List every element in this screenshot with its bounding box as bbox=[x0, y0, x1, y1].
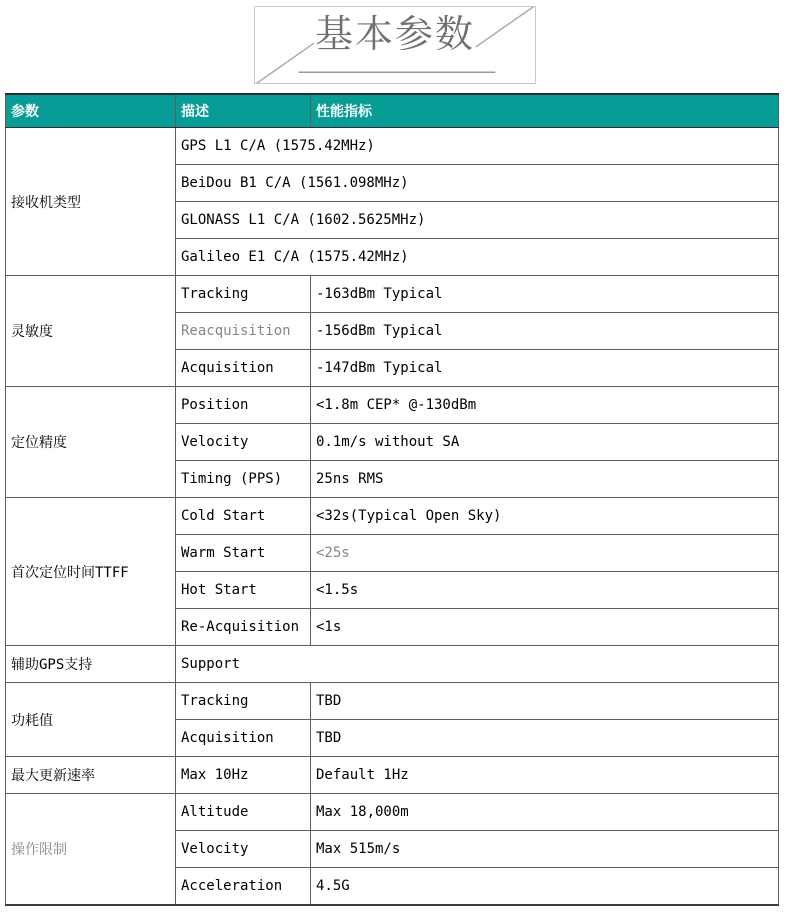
column-header-param: 参数 bbox=[6, 94, 176, 128]
desc-cell: Cold Start bbox=[176, 498, 311, 535]
param-cell-power-consumption: 功耗值 bbox=[6, 683, 176, 757]
desc-cell: Acquisition bbox=[176, 350, 311, 387]
spec-cell: 4.5G bbox=[311, 868, 779, 906]
desc-cell: Timing (PPS) bbox=[176, 461, 311, 498]
spec-cell: -147dBm Typical bbox=[311, 350, 779, 387]
param-cell-position-accuracy: 定位精度 bbox=[6, 387, 176, 498]
spec-cell: -156dBm Typical bbox=[311, 313, 779, 350]
param-cell-operational-limits: 操作限制 bbox=[6, 794, 176, 906]
param-cell-assisted-gps: 辅助GPS支持 bbox=[6, 646, 176, 683]
desc-cell: Acquisition bbox=[176, 720, 311, 757]
spec-table: 参数 描述 性能指标 接收机类型 GPS L1 C/A (1575.42MHz)… bbox=[5, 93, 779, 906]
desc-cell: Velocity bbox=[176, 424, 311, 461]
table-header-row: 参数 描述 性能指标 bbox=[6, 94, 779, 128]
spec-cell: <1.8m CEP* @-130dBm bbox=[311, 387, 779, 424]
desc-cell: Max 10Hz bbox=[176, 757, 311, 794]
spec-cell: Max 515m/s bbox=[311, 831, 779, 868]
desc-cell: GPS L1 C/A (1575.42MHz) bbox=[176, 128, 779, 165]
desc-cell: Re-Acquisition bbox=[176, 609, 311, 646]
desc-cell: Warm Start bbox=[176, 535, 311, 572]
column-header-desc: 描述 bbox=[176, 94, 311, 128]
desc-cell: Support bbox=[176, 646, 779, 683]
table-row: 最大更新速率 Max 10Hz Default 1Hz bbox=[6, 757, 779, 794]
spec-cell: TBD bbox=[311, 683, 779, 720]
param-cell-receiver-type: 接收机类型 bbox=[6, 128, 176, 276]
table-row: 辅助GPS支持 Support bbox=[6, 646, 779, 683]
spec-cell: <1.5s bbox=[311, 572, 779, 609]
column-header-spec: 性能指标 bbox=[311, 94, 779, 128]
table-row: 首次定位时间TTFF Cold Start <32s(Typical Open … bbox=[6, 498, 779, 535]
spec-cell: <25s bbox=[311, 535, 779, 572]
desc-cell: Position bbox=[176, 387, 311, 424]
param-cell-sensitivity: 灵敏度 bbox=[6, 276, 176, 387]
desc-cell: Tracking bbox=[176, 276, 311, 313]
spec-cell: TBD bbox=[311, 720, 779, 757]
spec-cell: 0.1m/s without SA bbox=[311, 424, 779, 461]
spec-cell: -163dBm Typical bbox=[311, 276, 779, 313]
table-row: 接收机类型 GPS L1 C/A (1575.42MHz) bbox=[6, 128, 779, 165]
table-row: 操作限制 Altitude Max 18,000m bbox=[6, 794, 779, 831]
desc-cell: Acceleration bbox=[176, 868, 311, 906]
table-row: 灵敏度 Tracking -163dBm Typical bbox=[6, 276, 779, 313]
page-title: 基本参数 bbox=[255, 7, 535, 63]
desc-cell: BeiDou B1 C/A (1561.098MHz) bbox=[176, 165, 779, 202]
param-cell-ttff: 首次定位时间TTFF bbox=[6, 498, 176, 646]
spec-cell: Default 1Hz bbox=[311, 757, 779, 794]
title-box: 基本参数 bbox=[254, 6, 536, 84]
desc-cell: Hot Start bbox=[176, 572, 311, 609]
spec-cell: <1s bbox=[311, 609, 779, 646]
table-row: 定位精度 Position <1.8m CEP* @-130dBm bbox=[6, 387, 779, 424]
spec-cell: <32s(Typical Open Sky) bbox=[311, 498, 779, 535]
desc-cell: Galileo E1 C/A (1575.42MHz) bbox=[176, 239, 779, 276]
desc-cell: Reacquisition bbox=[176, 313, 311, 350]
desc-cell: Altitude bbox=[176, 794, 311, 831]
param-cell-max-update-rate: 最大更新速率 bbox=[6, 757, 176, 794]
desc-cell: GLONASS L1 C/A (1602.5625MHz) bbox=[176, 202, 779, 239]
table-row: 功耗值 Tracking TBD bbox=[6, 683, 779, 720]
spec-cell: Max 18,000m bbox=[311, 794, 779, 831]
desc-cell: Velocity bbox=[176, 831, 311, 868]
spec-cell: 25ns RMS bbox=[311, 461, 779, 498]
desc-cell: Tracking bbox=[176, 683, 311, 720]
